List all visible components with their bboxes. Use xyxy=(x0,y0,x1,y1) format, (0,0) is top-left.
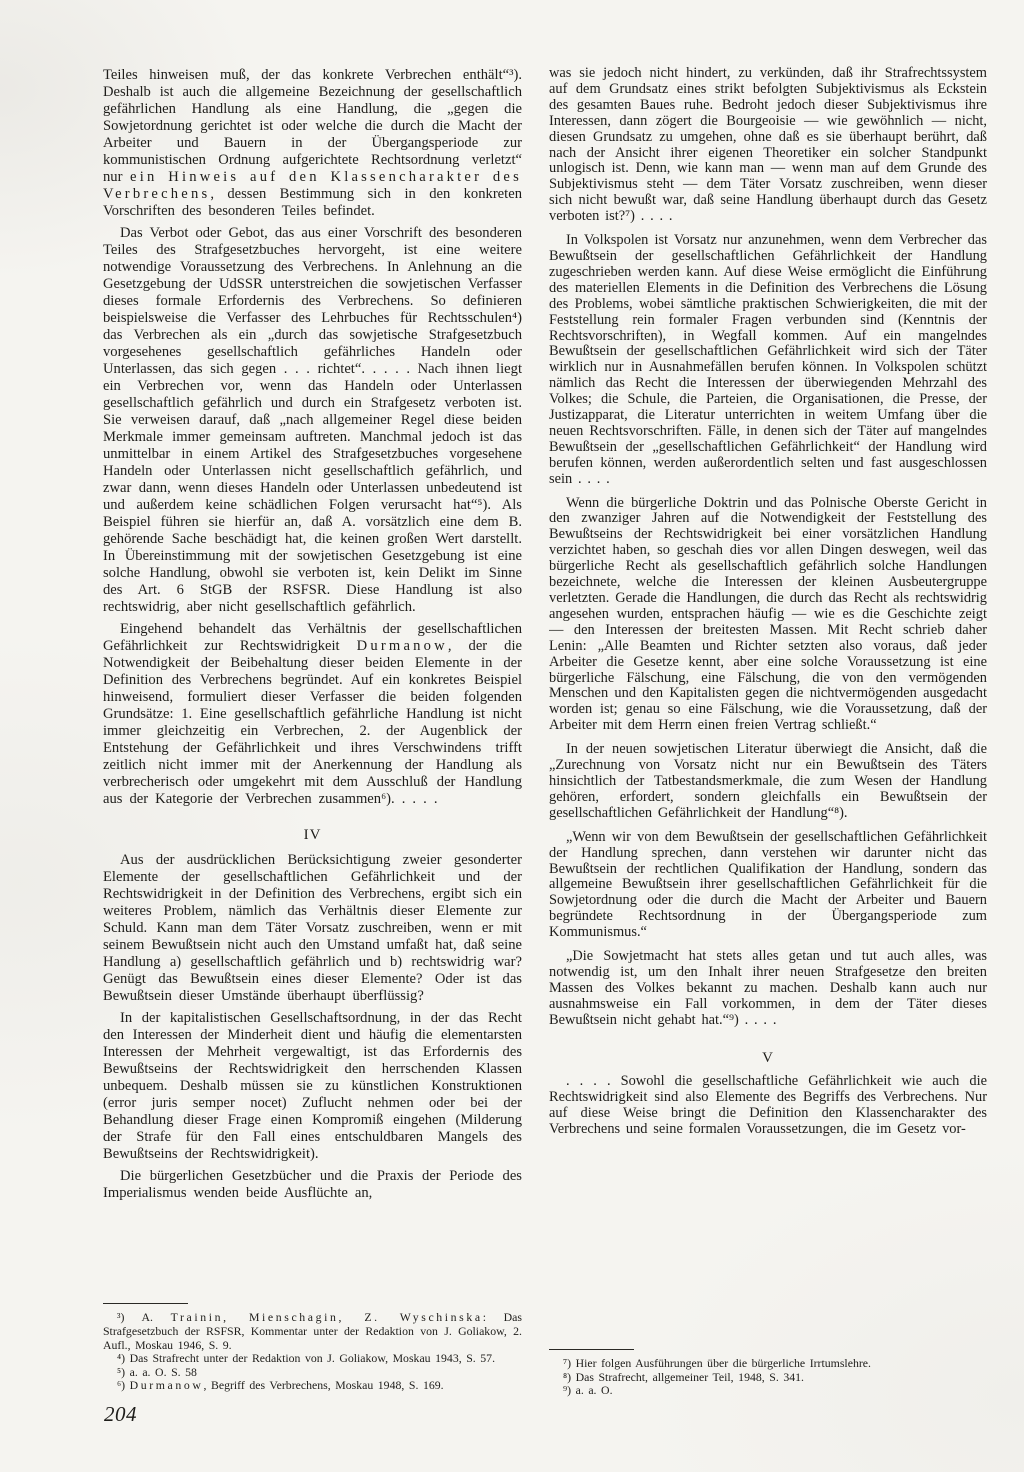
footnote-block-left: ³) A. Trainin, Mienschagin, Z. Wyschinsk… xyxy=(103,1303,522,1393)
paragraph-text: , der die Notwendigkeit der Beibehaltung… xyxy=(103,638,522,807)
paragraph-right-3: Wenn die bürgerliche Doktrin und das Pol… xyxy=(549,496,987,735)
paragraph-left-3: Eingehend behandelt das Verhältnis der g… xyxy=(103,621,522,808)
paragraph-right-1: was sie jedoch nicht hindert, zu verkünd… xyxy=(549,66,987,225)
author-name-spaced: Durmanow xyxy=(130,1378,204,1392)
author-names-spaced: Trainin, Mienschagin, Z. Wyschinska xyxy=(171,1310,483,1324)
footnote-6: ⁶) Durmanow, Begriff des Verbrechens, Mo… xyxy=(103,1379,522,1393)
paragraph-right-5: „Wenn wir von dem Bewußtsein der gesells… xyxy=(549,830,987,941)
author-name-spaced: Durmanow xyxy=(357,638,448,654)
footnote-text: ⁶) xyxy=(117,1378,130,1392)
paragraph-left-2: Das Verbot oder Gebot, das aus einer Vor… xyxy=(103,225,522,616)
paragraph-right-2: In Volkspolen ist Vorsatz nur anzunehmen… xyxy=(549,233,987,488)
paragraph-left-4: Aus der ausdrücklichen Berücksichtigung … xyxy=(103,852,522,1005)
footnote-divider xyxy=(549,1349,634,1350)
paragraph-right-6: „Die Sowjetmacht hat stets alles getan u… xyxy=(549,949,987,1029)
footnote-7: ⁷) Hier folgen Ausführungen über die bür… xyxy=(549,1357,987,1371)
footnote-divider xyxy=(103,1303,188,1304)
footnote-3: ³) A. Trainin, Mienschagin, Z. Wyschinsk… xyxy=(103,1311,522,1352)
page-number: 204 xyxy=(104,1402,137,1427)
section-heading-iv: IV xyxy=(103,827,522,844)
footnote-5: ⁵) a. a. O. S. 58 xyxy=(103,1366,522,1380)
paragraph-left-5: In der kapitalistischen Gesellschaftsord… xyxy=(103,1010,522,1163)
paragraph-left-1: Teiles hinweisen muß, der das konkrete V… xyxy=(103,67,522,220)
paragraph-right-7: . . . . Sowohl die gesellschaftliche Gef… xyxy=(549,1074,987,1138)
paragraph-right-4: In der neuen sowjetischen Literatur über… xyxy=(549,742,987,822)
paragraph-text: Teiles hinweisen muß, der das konkrete V… xyxy=(103,67,522,185)
section-heading-v: V xyxy=(549,1051,987,1067)
paragraph-left-6: Die bürgerlichen Gesetzbücher und die Pr… xyxy=(103,1168,522,1202)
scanned-journal-page: { "colors": { "ink": "#1e1d1a", "paper":… xyxy=(0,0,1024,1472)
right-column: was sie jedoch nicht hindert, zu verkünd… xyxy=(549,66,987,1398)
footnote-8: ⁸) Das Strafrecht, allgemeiner Teil, 194… xyxy=(549,1371,987,1385)
footnote-4: ⁴) Das Strafrecht unter der Redaktion vo… xyxy=(103,1352,522,1366)
footnote-text: ³) A. xyxy=(117,1310,171,1324)
footnote-9: ⁹) a. a. O. xyxy=(549,1384,987,1398)
left-column: Teiles hinweisen muß, der das konkrete V… xyxy=(103,67,522,1393)
footnote-block-right: ⁷) Hier folgen Ausführungen über die bür… xyxy=(549,1349,987,1398)
footnote-text: , Begriff des Verbrechens, Moskau 1948, … xyxy=(203,1378,443,1392)
